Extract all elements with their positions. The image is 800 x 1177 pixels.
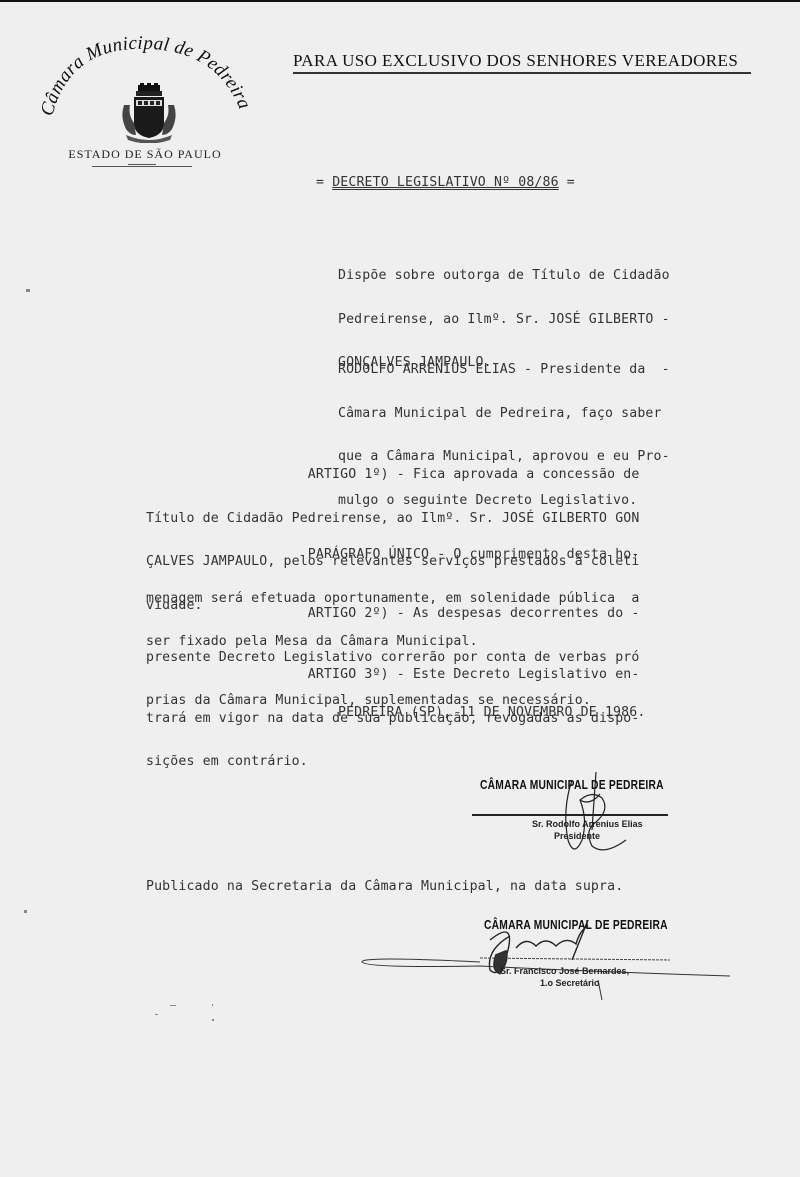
ementa-line: Dispõe sobre outorga de Título de Cidadã… (338, 269, 670, 284)
secretary-role: 1.o Secretário (540, 978, 600, 988)
header-underline (293, 72, 751, 74)
decree-title: = DECRETO LEGISLATIVO Nº 08/86 = (316, 176, 575, 191)
article-line: sições em contrário. (146, 755, 639, 770)
preamble-line: Câmara Municipal de Pedreira, faço saber (338, 407, 670, 422)
article-line: ARTIGO 3º) - Este Decreto Legislativo en… (146, 668, 639, 683)
secretary-name: Sr. Francisco José Bernardes, (500, 966, 629, 976)
scan-speck (212, 1004, 213, 1006)
scan-speck (212, 1019, 214, 1021)
publication-note: Publicado na Secretaria da Câmara Munici… (146, 880, 623, 895)
scan-speck (170, 1005, 176, 1006)
president-handwritten-signature-icon (532, 770, 642, 860)
page-top-edge (0, 0, 800, 2)
article-line: ARTIGO 1º) - Fica aprovada a concessão d… (146, 468, 639, 483)
president-signature-block: CÂMARA MUNICIPAL DE PEDREIRA Sr. Rodolfo… (472, 770, 702, 860)
state-label: ESTADO DE SÃO PAULO (30, 147, 260, 162)
article-line: PARÁGRAFO ÚNICO - O cumprimento desta ho… (146, 548, 639, 563)
scan-speck (26, 289, 30, 292)
exclusive-use-notice: PARA USO EXCLUSIVO DOS SENHORES VEREADOR… (293, 51, 738, 71)
secretary-handwritten-signature-icon (340, 910, 740, 1010)
state-underline (92, 166, 192, 167)
scan-speck (155, 1014, 158, 1015)
secretary-signature-block: CÂMARA MUNICIPAL DE PEDREIRA Sr. Francis… (340, 910, 740, 1010)
preamble-line: RODOLFO ARRENIUS ELIAS - Presidente da - (338, 363, 670, 378)
ementa-line: Pedreirense, ao Ilmº. Sr. JOSÉ GILBERTO … (338, 313, 670, 328)
place-and-date: PEDREIRA (SP), 11 DE NOVEMBRO DE 1986. (338, 706, 645, 721)
article-line: ARTIGO 2º) - As despesas decorrentes do … (146, 607, 639, 622)
state-underline-accent (128, 164, 156, 165)
scan-speck (24, 910, 27, 913)
letterhead-logo: Câmara Municipal de Pedreira ESTADO DE S… (30, 35, 260, 175)
coat-of-arms-icon (120, 83, 178, 143)
decree-title-main: DECRETO LEGISLATIVO Nº 08/86 (332, 175, 559, 190)
